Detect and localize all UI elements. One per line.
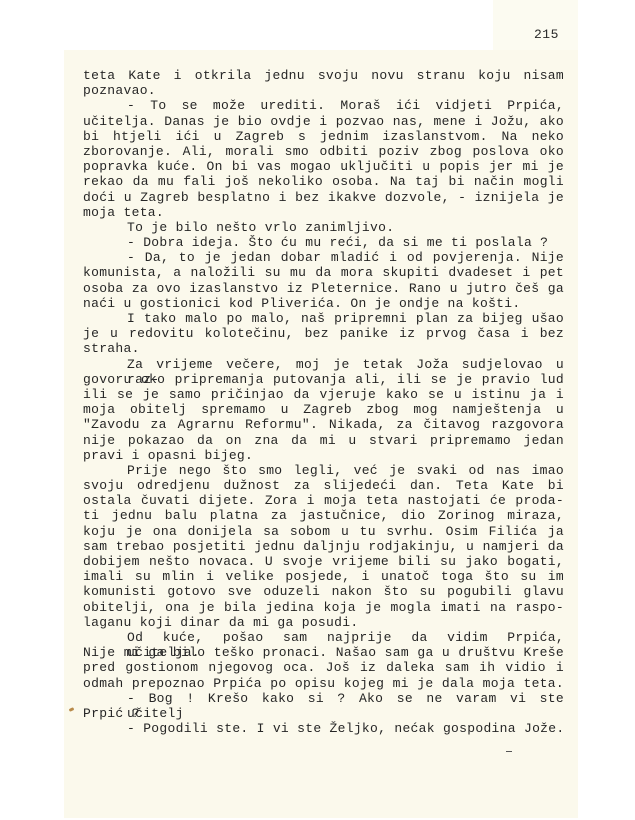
text-line: pravi i opasni bijeg.	[83, 448, 564, 463]
text-line: doći u Zagreb besplatno i bez ikakve doz…	[83, 190, 564, 205]
text-line: rekao da mu fali još nekoliko osoba. Na …	[83, 174, 564, 189]
text-line: - Dobra ideja. Što ću mu reći, da si me …	[83, 235, 564, 250]
page-body-text: teta Kate i otkrila jednu svoju novu str…	[83, 68, 564, 736]
text-line: - Pogodili ste. I vi ste Željko, nećak g…	[83, 721, 564, 736]
text-line: bi htjeli ići u Zagreb s jednim izaslans…	[83, 129, 564, 144]
text-line: naći u gostionici kod Pliverića. On je o…	[83, 296, 564, 311]
text-line: govoru oko pripremanja putovanja ali, il…	[83, 372, 564, 387]
text-line: ti jednu balu platna za jastučnice, dio …	[83, 508, 564, 523]
text-line: poznavao.	[83, 83, 564, 98]
text-line: teta Kate i otkrila jednu svoju novu str…	[83, 68, 564, 83]
text-line: učitelja. Danas je bio ovdje i pozvao na…	[83, 114, 564, 129]
text-line: ostala čuvati dijete. Zora i moja teta n…	[83, 493, 564, 508]
text-line: popravka kuće. On bi vas mogao uključiti…	[83, 159, 564, 174]
text-line: laganu koji dinar da mi ga posudi.	[83, 615, 564, 630]
text-line: Od kuće, pošao sam najprije da vidim Prp…	[83, 630, 564, 645]
text-line: straha.	[83, 341, 564, 356]
ink-speck	[506, 751, 512, 752]
text-line: - To se može urediti. Moraš ići vidjeti …	[83, 98, 564, 113]
text-line: pred gostionom njegovog oca. Još iz dale…	[83, 660, 564, 675]
text-line: dobijem nešto novaca. U svoje vrijeme bi…	[83, 554, 564, 569]
page-number: 215	[534, 27, 559, 42]
text-line: imali su mlin i velike posjede, i unatoč…	[83, 569, 564, 584]
paper-top-tab	[493, 0, 578, 50]
text-line: ili se je samo pričinjao da vjeruje kako…	[83, 387, 564, 402]
text-line: obitelji, ona je bila jedina koja je mog…	[83, 600, 564, 615]
text-line: Nije mi ga bilo teško pronaci. Našao sam…	[83, 645, 564, 660]
text-line: I tako malo po malo, naš pripremni plan …	[83, 311, 564, 326]
text-line: komunista, a naložili su mu da mora skup…	[83, 265, 564, 280]
text-line: komunisti gotovo sve oduzeli nakon što s…	[83, 584, 564, 599]
text-line: nije pokazao da on zna da mi u stvari pr…	[83, 433, 564, 448]
text-line: sam trebao posjetiti jednu daljnju rodja…	[83, 539, 564, 554]
text-line: "Zavodu za Agrarnu Reformu". Nikada, za …	[83, 417, 564, 432]
text-line: svoju odredjenu dužnost za slijedeći dan…	[83, 478, 564, 493]
text-line: Za vrijeme večere, moj je tetak Joža sud…	[83, 357, 564, 372]
text-line: koju je ona donijela sa sobom u tu svrhu…	[83, 524, 564, 539]
text-line: To je bilo nešto vrlo zanimljivo.	[83, 220, 564, 235]
text-line: moja obitelj spremamo u Zagreb zbog mog …	[83, 402, 564, 417]
text-line: zborovanje. Ali, morali smo odbiti poziv…	[83, 144, 564, 159]
text-line: odmah prepoznao Prpića po opisu kojeg mi…	[83, 676, 564, 691]
text-line: je u redovitu kolotečinu, bez panike iz …	[83, 326, 564, 341]
text-line: osoba za ovo izaslanstvo iz Pleternice. …	[83, 281, 564, 296]
text-line: - Bog ! Krešo kako si ? Ako se ne varam …	[83, 691, 564, 706]
text-line: moja teta.	[83, 205, 564, 220]
text-line: Prije nego što smo legli, već je svaki o…	[83, 463, 564, 478]
text-line: - Da, to je jedan dobar mladić i od povj…	[83, 250, 564, 265]
